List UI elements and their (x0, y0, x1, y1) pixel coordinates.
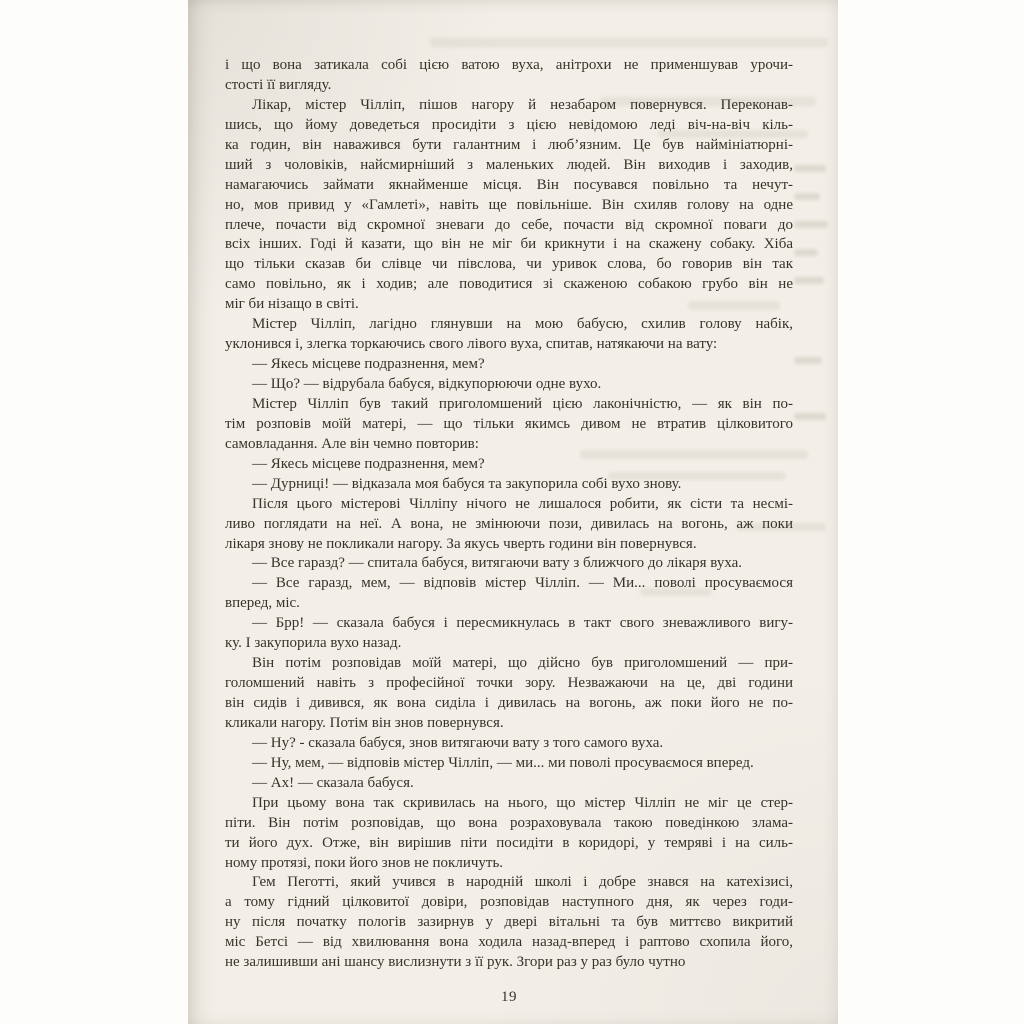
text-line: плече, почасти від скромної зневаги до с… (225, 216, 793, 236)
text-line: ший з чоловіків, найсмирніший з маленьки… (225, 156, 793, 176)
paragraph: Містер Чілліп був такий приголомшений ці… (225, 395, 793, 455)
paragraph: При цьому вона так скривилась на нього, … (225, 794, 793, 874)
text-line: — Все гаразд, мем, — відповів містер Чіл… (225, 574, 793, 594)
text-line: не залишивши ані шансу вислизнути з її р… (225, 953, 793, 973)
text-line: ному протязі, поки його знов не покличут… (225, 854, 793, 874)
text-line: — Ах! — сказала бабуся. (225, 774, 793, 794)
text-line: Лікар, містер Чілліп, пішов нагору й нез… (225, 96, 793, 116)
show-through-mark (430, 38, 828, 47)
paragraph: Він потім розповідав моїй матері, що дій… (225, 654, 793, 734)
text-line: — Що? — відрубала бабуся, відкупорюючи о… (225, 375, 793, 395)
text-line: но, мов привид у «Гамлеті», навіть ще по… (225, 196, 793, 216)
text-line: — Брр! — сказала бабуся і пересмикнулась… (225, 614, 793, 634)
paragraph: Містер Чілліп, лагідно глянувши на мою б… (225, 315, 793, 355)
text-line: ти його дух. Отже, він вирішив піти поси… (225, 834, 793, 854)
paragraph: Після цього містерові Чілліпу нічого не … (225, 495, 793, 555)
text-line: При цьому вона так скривилась на нього, … (225, 794, 793, 814)
show-through-mark (794, 193, 820, 200)
text-line: піти. Він потім розповідав, що вона розр… (225, 814, 793, 834)
text-line: а тому гідний цілковитої довіри, розпові… (225, 893, 793, 913)
paragraph: — Все гаразд, мем, — відповів містер Чіл… (225, 574, 793, 614)
paragraph: — Якесь місцеве подразнення, мем? (225, 355, 793, 375)
text-line: Містер Чілліп, лагідно глянувши на мою б… (225, 315, 793, 335)
text-line: Після цього містерові Чілліпу нічого не … (225, 495, 793, 515)
text-line: — Все гаразд? — спитала бабуся, витягаюч… (225, 554, 793, 574)
text-line: стості її вигляду. (225, 76, 793, 96)
text-line: він сидів і дивився, як вона сиділа і ди… (225, 694, 793, 714)
text-line: ку. І закупорила вухо назад. (225, 634, 793, 654)
text-line: намагаючись займати якнайменше місця. Ві… (225, 176, 793, 196)
text-line: — Дурниці! — відказала моя бабуся та зак… (225, 475, 793, 495)
paragraph: — Брр! — сказала бабуся і пересмикнулась… (225, 614, 793, 654)
text-line: шись, що йому доведеться просидіти з ціє… (225, 116, 793, 136)
paragraph: — Якесь місцеве подразнення, мем? (225, 455, 793, 475)
text-line: що тільки сказав би слівце чи півслова, … (225, 255, 793, 275)
paragraph: — Що? — відрубала бабуся, відкупорюючи о… (225, 375, 793, 395)
paragraph: — Ну? - сказала бабуся, знов витягаючи в… (225, 734, 793, 754)
text-line: міс Бетсі — від хвилювання вона ходила н… (225, 933, 793, 953)
text-line: всіх інших. Годі й казати, що він не міг… (225, 235, 793, 255)
scan-background: і що вона затикала собі цією ватою вуха,… (0, 0, 1024, 1024)
paragraph: — Ну, мем, — відповів містер Чілліп, — м… (225, 754, 793, 774)
text-line: ливо поглядати на неї. А вона, не змінюю… (225, 515, 793, 535)
show-through-mark (794, 165, 826, 172)
text-line: вперед, міс. (225, 594, 793, 614)
text-line: само повільно, як і ходив; але поводитис… (225, 275, 793, 295)
text-line: уклонився і, злегка торкаючись свого лів… (225, 335, 793, 355)
show-through-mark (794, 413, 826, 420)
show-through-mark (794, 221, 828, 228)
text-line: міг би нізащо в світі. (225, 295, 793, 315)
text-line: лікаря знову не покликали нагору. За яку… (225, 535, 793, 555)
page-number: 19 (225, 989, 793, 1006)
show-through-mark (794, 357, 822, 364)
text-line: — Ну? - сказала бабуся, знов витягаючи в… (225, 734, 793, 754)
paragraph: — Все гаразд? — спитала бабуся, витягаюч… (225, 554, 793, 574)
paragraph: — Дурниці! — відказала моя бабуся та зак… (225, 475, 793, 495)
text-line: Містер Чілліп був такий приголомшений ці… (225, 395, 793, 415)
paragraph: і що вона затикала собі цією ватою вуха,… (225, 56, 793, 96)
paragraph: — Ах! — сказала бабуся. (225, 774, 793, 794)
page-text-block: і що вона затикала собі цією ватою вуха,… (225, 56, 793, 973)
text-line: — Якесь місцеве подразнення, мем? (225, 355, 793, 375)
show-through-mark (794, 277, 824, 284)
text-line: самовладання. Але він чемно повторив: (225, 435, 793, 455)
text-line: кликали нагору. Потім він знов повернувс… (225, 714, 793, 734)
text-line: Він потім розповідав моїй матері, що дій… (225, 654, 793, 674)
book-page: і що вона затикала собі цією ватою вуха,… (188, 0, 838, 1024)
text-line: тім розповів моїй матері, — що тільки як… (225, 415, 793, 435)
show-through-mark (794, 249, 818, 256)
paragraph: Лікар, містер Чілліп, пішов нагору й нез… (225, 96, 793, 315)
text-line: ка годин, він наважився бути галантним і… (225, 136, 793, 156)
text-line: Гем Пеготті, який учився в народній школ… (225, 873, 793, 893)
text-line: голомшений навіть з професійної точки зо… (225, 674, 793, 694)
text-line: і що вона затикала собі цією ватою вуха,… (225, 56, 793, 76)
text-line: ну після початку пологів зазирнув у двер… (225, 913, 793, 933)
text-line: — Якесь місцеве подразнення, мем? (225, 455, 793, 475)
text-line: — Ну, мем, — відповів містер Чілліп, — м… (225, 754, 793, 774)
paragraph: Гем Пеготті, який учився в народній школ… (225, 873, 793, 973)
